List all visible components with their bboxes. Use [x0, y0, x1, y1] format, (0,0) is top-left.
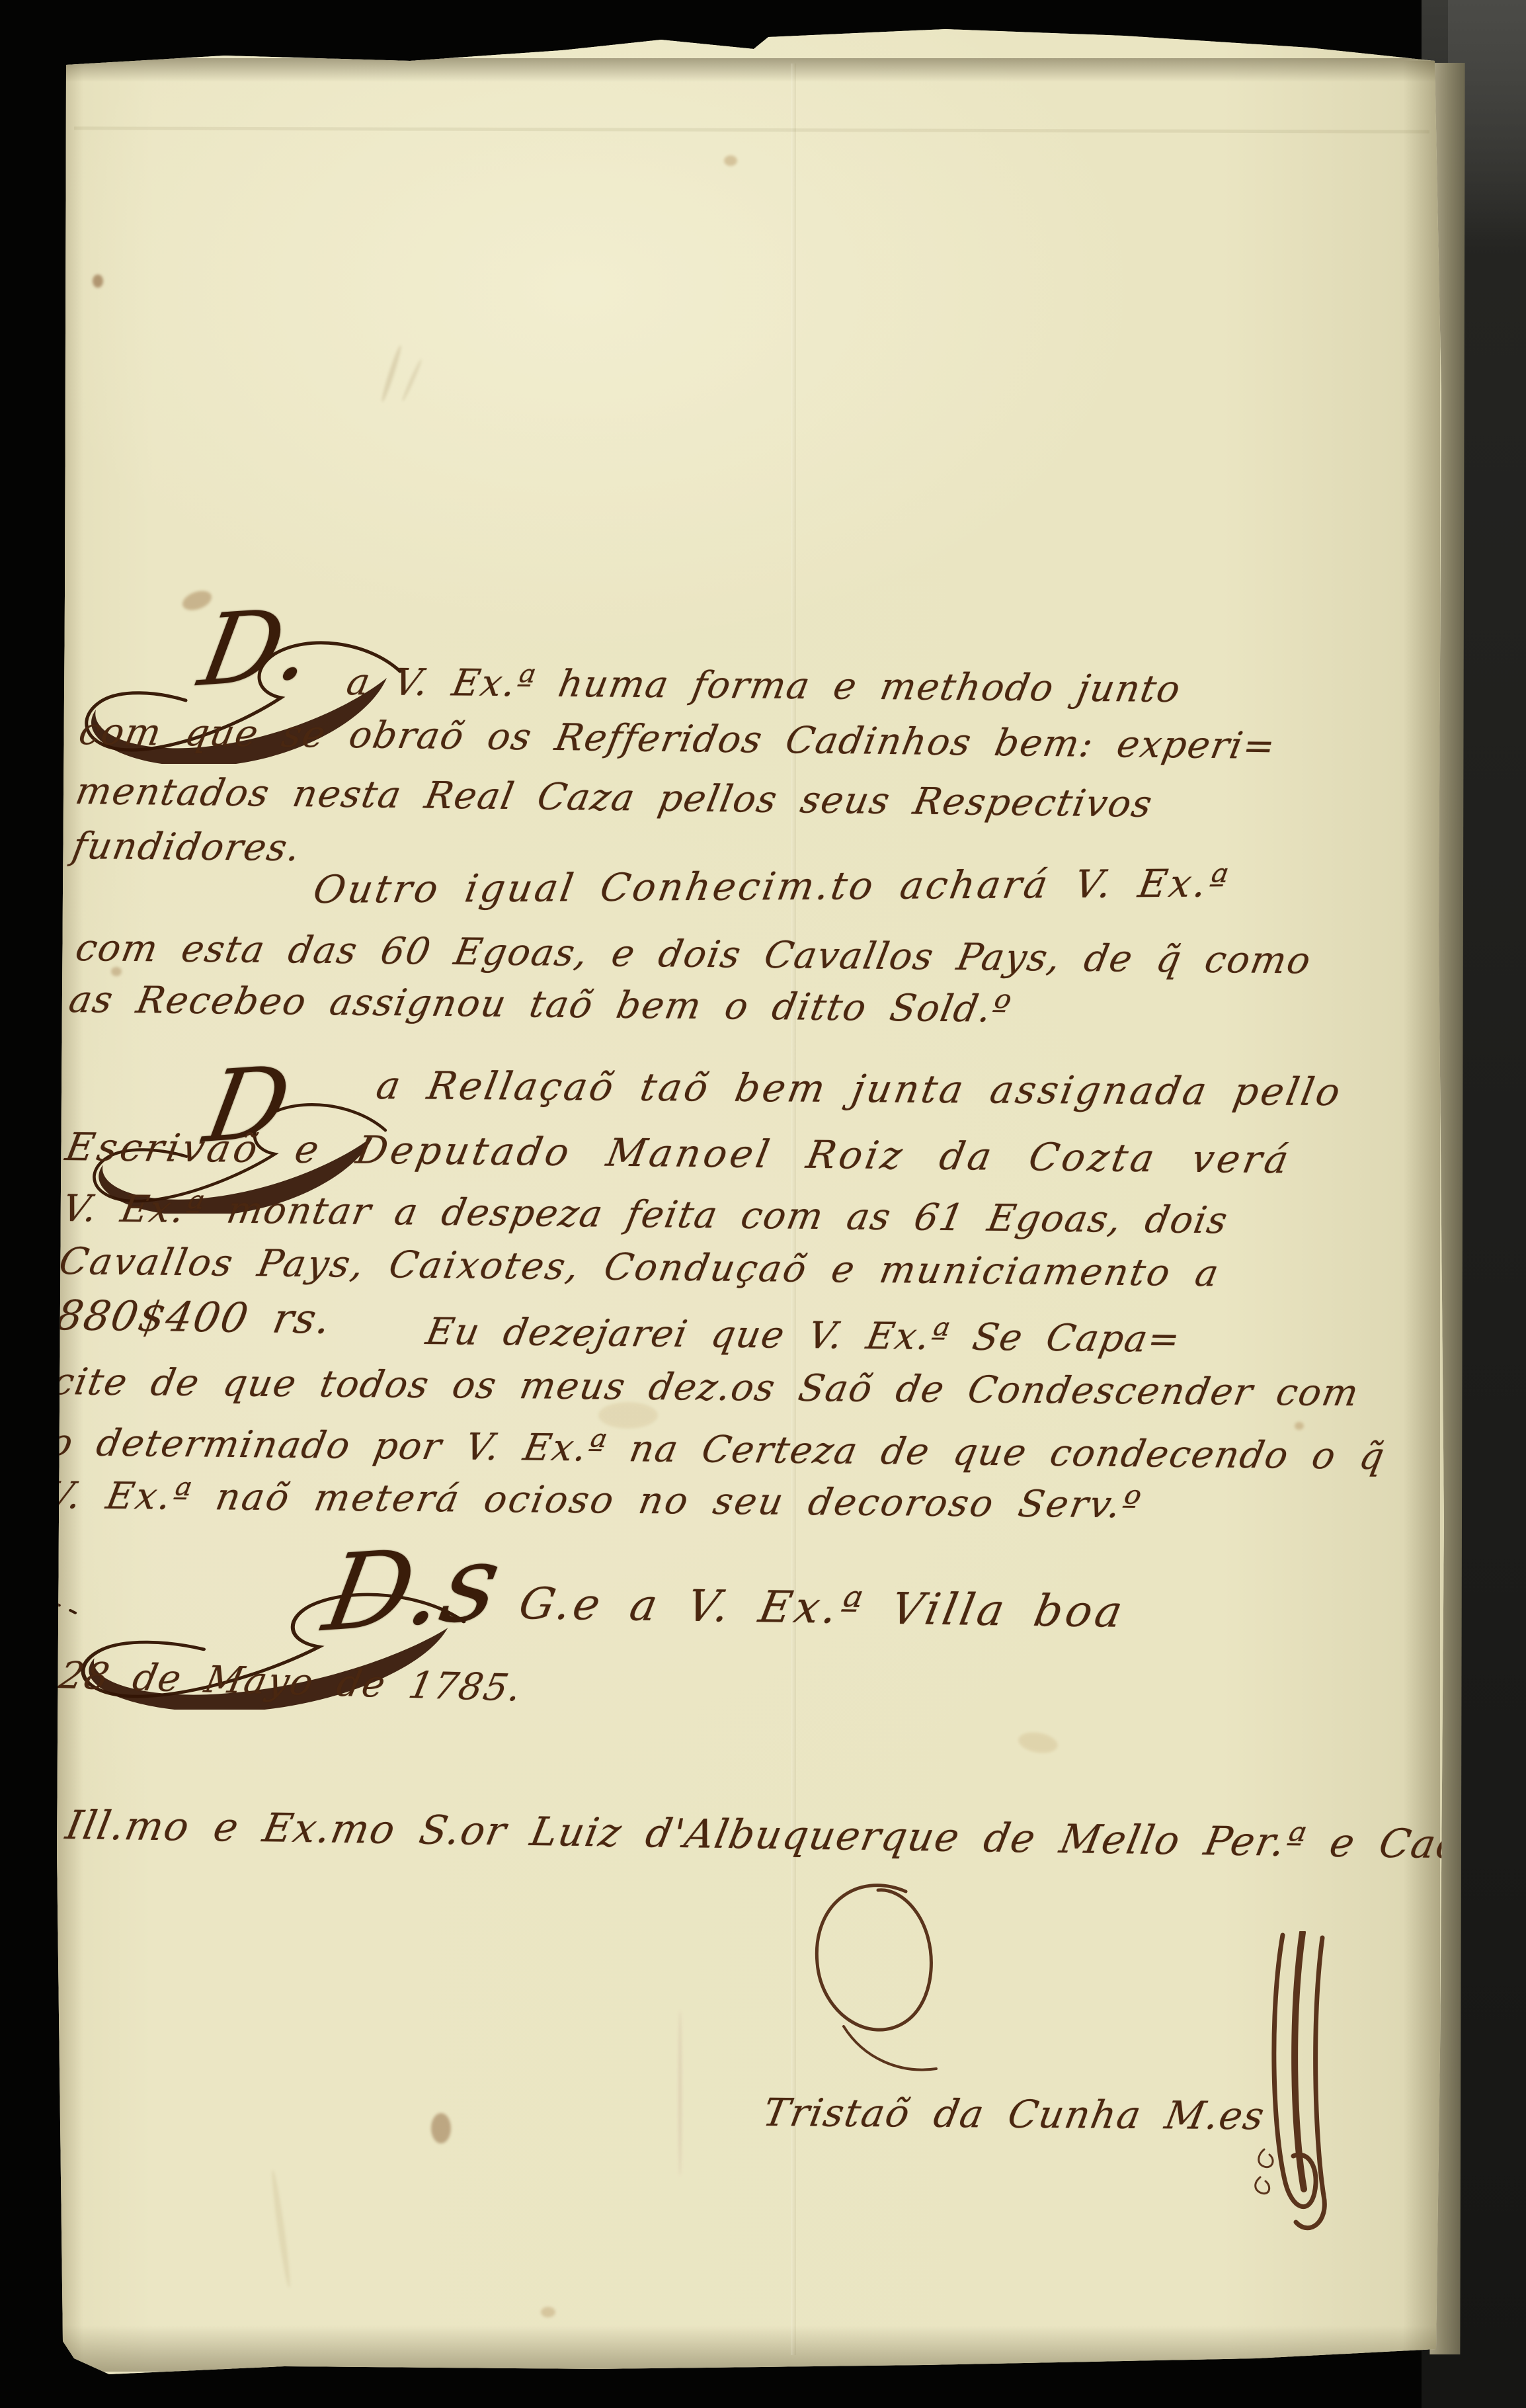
paper-scratch	[678, 2011, 682, 2176]
manuscript-line: V. Ex.ª montar a despeza feita com as 61…	[60, 1190, 1231, 1239]
manuscript-line: Cavallos Pays, Caixotes, Conduçaõ e muni…	[56, 1243, 1223, 1292]
manuscript-line: 880$400 rs.	[53, 1295, 335, 1340]
paragraph-initial: D.	[193, 595, 320, 701]
foxing-stain	[93, 274, 103, 288]
manuscript-line: mentados nesta Real Caza pellos seus Res…	[73, 773, 1156, 823]
horizontal-fold-crease	[74, 126, 1429, 133]
foxing-stain	[1017, 1729, 1059, 1756]
signature-rubric	[1230, 1931, 1369, 2249]
manuscript-line: cite de que todos os meus dez.os Saõ de …	[50, 1364, 1362, 1412]
manuscript-page: D. a V. Ex.ª huma forma e methodo junto …	[0, 0, 1526, 2408]
foxing-stain	[431, 2113, 451, 2143]
paper-right-edge-shadow	[1403, 61, 1440, 2352]
paper-top-edge-shadow	[63, 58, 1439, 82]
manuscript-line: Escrivaõ e Deputado Manoel Roiz da Cozta…	[63, 1128, 1295, 1179]
closing-formula: G.e a V. Ex.ª Villa boa	[516, 1582, 1129, 1634]
signature-name: Tristaõ da Cunha M.es	[760, 2093, 1268, 2135]
manuscript-line: a V. Ex.ª huma forma e methodo junto	[344, 664, 1184, 708]
manuscript-line: a Rellaçaõ taõ bem junta assignada pello	[374, 1066, 1345, 1111]
manuscript-line: Eu dezejarei que V. Ex.ª Se Capa=	[423, 1313, 1184, 1358]
paper-scratch	[401, 358, 423, 402]
address-line: Ill.mo e Ex.mo S.or Luiz d'Albuquerque d…	[63, 1806, 1526, 1866]
manuscript-line: o determinado por V. Ex.ª na Certeza de …	[46, 1425, 1388, 1475]
manuscript-line: Outro igual Conhecim.to achará V. Ex.ª	[311, 864, 1233, 909]
foxing-stain	[541, 2307, 555, 2317]
paper-scratch	[380, 345, 403, 403]
paper-scratch	[270, 2169, 293, 2288]
manuscript-line: as Recebeo assignou taõ bem o ditto Sold…	[66, 981, 1014, 1028]
foxing-stain	[1295, 1422, 1304, 1430]
manuscript-line: com esta das 60 Egoas, e dois Cavallos P…	[73, 930, 1314, 979]
photograph-of-manuscript: D. a V. Ex.ª huma forma e methodo junto …	[0, 0, 1526, 2408]
foxing-stain	[724, 155, 737, 166]
signature-flourish-loop	[800, 1878, 952, 2083]
manuscript-line: V. Ex.ª naõ meterá ocioso no seu decoros…	[43, 1477, 1145, 1524]
closing-initial: D.s	[317, 1530, 508, 1647]
paper-bottom-edge-shadow	[53, 2325, 1441, 2372]
manuscript-line: fundidores.	[69, 828, 304, 867]
